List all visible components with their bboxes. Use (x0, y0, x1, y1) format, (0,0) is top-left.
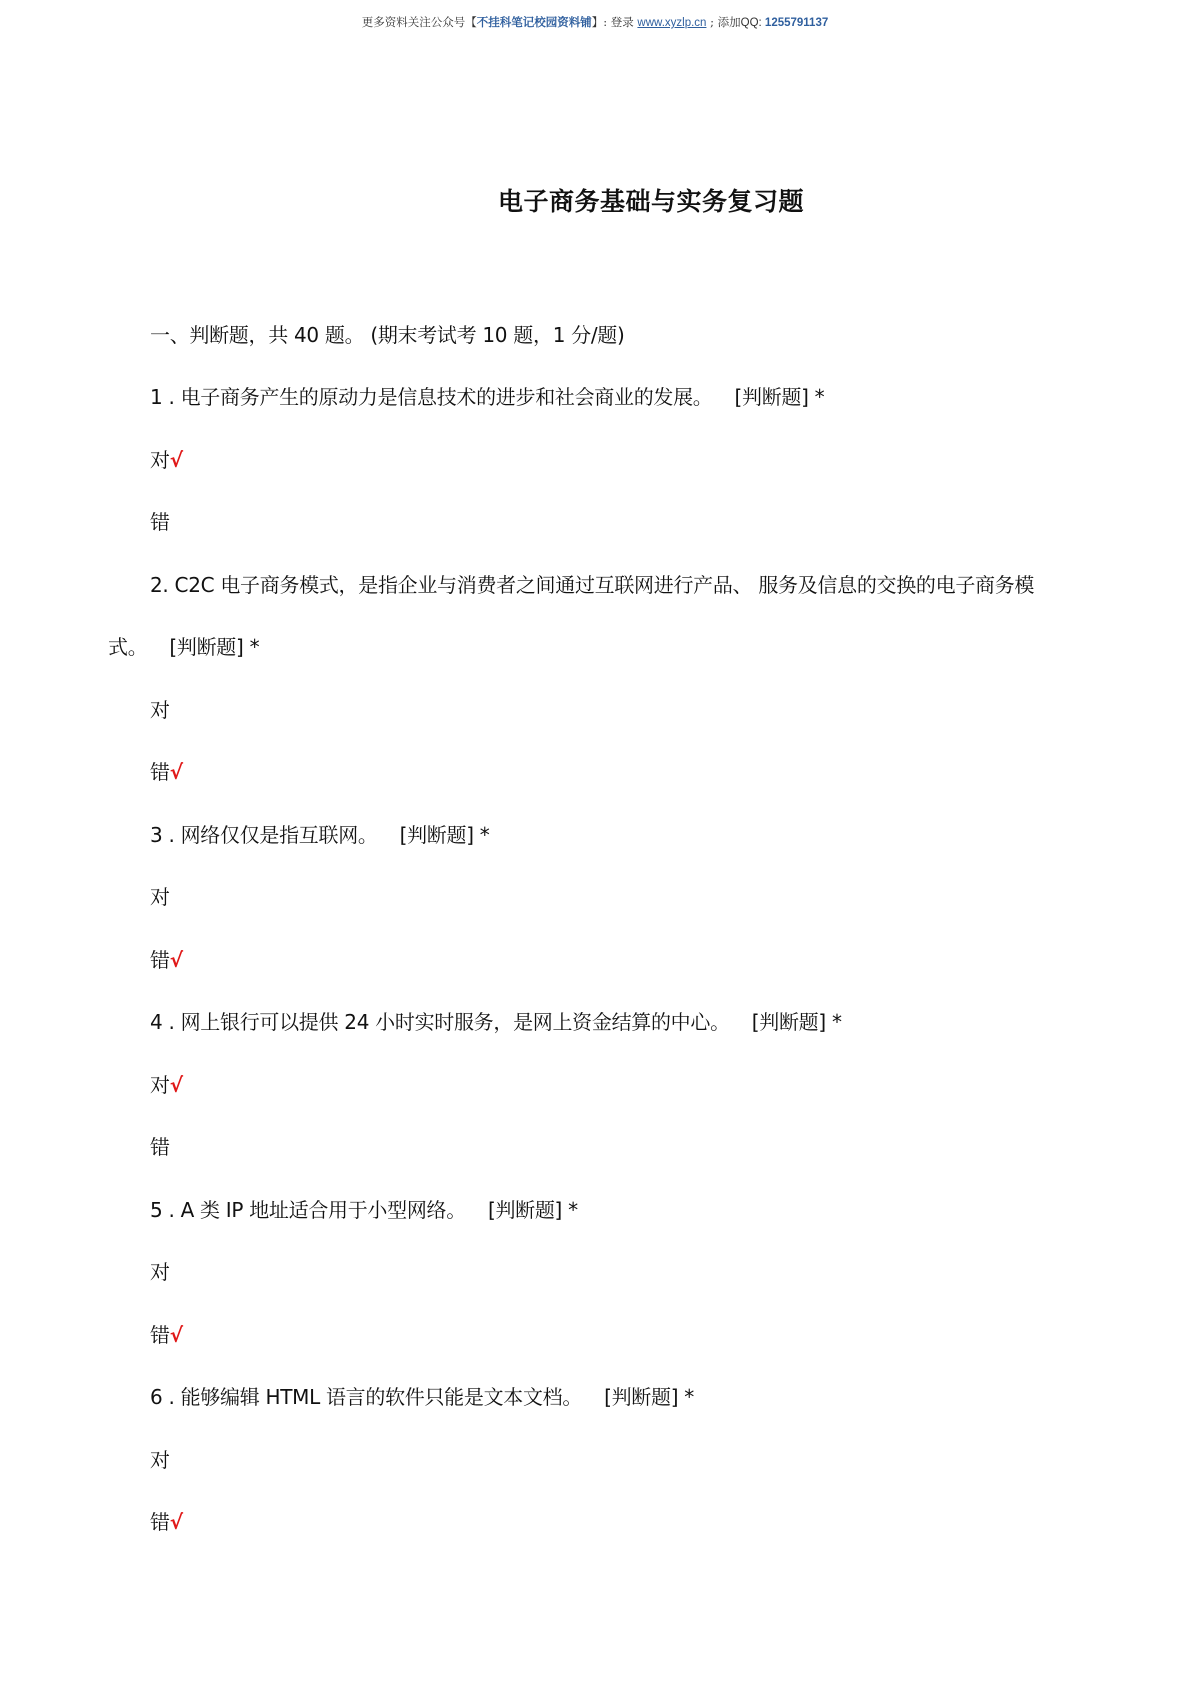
question-number: 5 . (150, 1198, 175, 1222)
question-type-tag: [判断题] * (604, 1385, 694, 1409)
option-label: 错 (150, 1323, 170, 1347)
question-text-wrap: 式。 (108, 635, 147, 659)
header-mid: 】: 登录 (592, 15, 638, 29)
question-1: 1 . 电子商务产生的原动力是信息技术的进步和社会商业的发展。[判断题] * (150, 381, 824, 410)
option-label: 对 (150, 1073, 170, 1097)
question-number: 6 . (150, 1385, 175, 1409)
option-false[interactable]: 错√ (150, 1319, 183, 1348)
option-label: 错 (150, 510, 170, 534)
question-2-wrap: 式。[判断题] * (108, 631, 259, 660)
option-label: 对 (150, 885, 170, 909)
header-brand: 不挂科笔记校园资料铺 (477, 15, 592, 29)
question-number: 1 . (150, 385, 175, 409)
option-false[interactable]: 错 (150, 506, 170, 535)
question-text: 电子商务产生的原动力是信息技术的进步和社会商业的发展。 (181, 385, 713, 409)
option-label: 对 (150, 698, 170, 722)
header-website-link[interactable]: www.xyzlp.cn (637, 17, 706, 29)
question-2: 2. C2C 电子商务模式，是指企业与消费者之间通过互联网进行产品、 服务及信息… (150, 569, 1034, 598)
checkmark-icon: √ (170, 1073, 183, 1097)
question-5: 5 . A 类 IP 地址适合用于小型网络。[判断题] * (150, 1194, 578, 1223)
header-prefix: 更多资料关注公众号【 (362, 15, 477, 29)
question-type-tag: [判断题] * (400, 823, 490, 847)
option-label: 错 (150, 1135, 170, 1159)
option-false[interactable]: 错 (150, 1131, 170, 1160)
option-true[interactable]: 对 (150, 881, 170, 910)
promo-header: 更多资料关注公众号【不挂科笔记校园资料铺】: 登录 www.xyzlp.cn ;… (0, 14, 1190, 30)
checkmark-icon: √ (170, 448, 183, 472)
option-true[interactable]: 对√ (150, 1069, 183, 1098)
option-label: 对 (150, 1260, 170, 1284)
question-type-tag: [判断题] * (752, 1010, 842, 1034)
header-qq-number: 1255791137 (765, 17, 828, 29)
option-label: 错 (150, 760, 170, 784)
option-false[interactable]: 错√ (150, 1506, 183, 1535)
option-true[interactable]: 对√ (150, 444, 183, 473)
question-text: 能够编辑 HTML 语言的软件只能是文本文档。 (181, 1385, 582, 1409)
option-true[interactable]: 对 (150, 1256, 170, 1285)
option-false[interactable]: 错√ (150, 756, 183, 785)
option-true[interactable]: 对 (150, 1444, 170, 1473)
option-true[interactable]: 对 (150, 694, 170, 723)
question-text: A 类 IP 地址适合用于小型网络。 (181, 1198, 466, 1222)
header-after-link: ; 添加 (706, 15, 740, 29)
section-heading: 一、判断题，共 40 题。 (期末考试考 10 题，1 分/题) (150, 319, 625, 348)
question-type-tag: [判断题] * (488, 1198, 578, 1222)
question-text: 网上银行可以提供 24 小时实时服务，是网上资金结算的中心。 (181, 1010, 730, 1034)
checkmark-icon: √ (170, 760, 183, 784)
question-3: 3 . 网络仅仅是指互联网。[判断题] * (150, 819, 489, 848)
question-text: C2C 电子商务模式，是指企业与消费者之间通过互联网进行产品、 服务及信息的交换… (175, 573, 1035, 597)
option-label: 错 (150, 1510, 170, 1534)
option-label: 错 (150, 948, 170, 972)
checkmark-icon: √ (170, 948, 183, 972)
checkmark-icon: √ (170, 1323, 183, 1347)
question-6: 6 . 能够编辑 HTML 语言的软件只能是文本文档。[判断题] * (150, 1381, 694, 1410)
header-qq-label: QQ: (741, 17, 765, 29)
question-text: 网络仅仅是指互联网。 (181, 823, 378, 847)
question-4: 4 . 网上银行可以提供 24 小时实时服务，是网上资金结算的中心。[判断题] … (150, 1006, 842, 1035)
option-label: 对 (150, 1448, 170, 1472)
document-title: 电子商务基础与实务复习题 (498, 182, 804, 218)
question-type-tag: [判断题] * (735, 385, 825, 409)
question-number: 3 . (150, 823, 175, 847)
option-label: 对 (150, 448, 170, 472)
question-type-tag: [判断题] * (169, 635, 259, 659)
question-number: 2. (150, 573, 168, 597)
checkmark-icon: √ (170, 1510, 183, 1534)
option-false[interactable]: 错√ (150, 944, 183, 973)
question-number: 4 . (150, 1010, 175, 1034)
